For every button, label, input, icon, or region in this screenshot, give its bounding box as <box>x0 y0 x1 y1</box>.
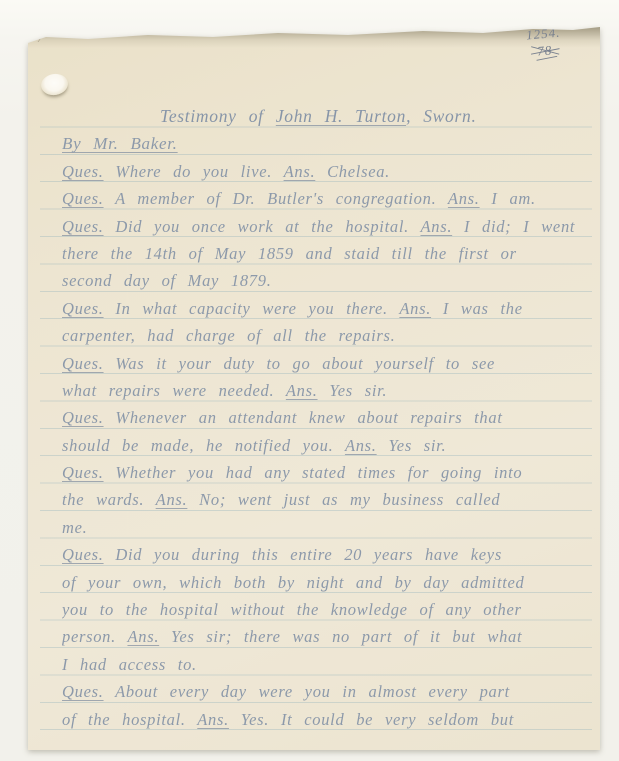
handwritten-text-block: Testimony of John H. Turton, Sworn. By M… <box>62 103 594 733</box>
handwritten-line: should be made, he notified you. Ans. Ye… <box>62 432 594 459</box>
handwritten-line: Ques. Was it your duty to go about yours… <box>62 350 594 377</box>
handwritten-line: of the hospital. Ans. Yes. It could be v… <box>62 706 594 733</box>
document-scan: 7 1254. 78 Testimony of John H. Turton, … <box>0 0 619 761</box>
folio-number: 1254. <box>513 24 574 45</box>
title-prefix: Testimony of <box>160 106 276 126</box>
handwritten-line: me. <box>62 514 594 541</box>
handwritten-line: you to the hospital without the knowledg… <box>62 596 594 623</box>
handwritten-line: Ques. In what capacity were you there. A… <box>62 295 594 322</box>
handwritten-line: of your own, which both by night and by … <box>62 569 594 596</box>
handwritten-line: what repairs were needed. Ans. Yes sir. <box>62 377 594 404</box>
handwritten-line: Ques. A member of Dr. Butler's congregat… <box>62 185 594 212</box>
handwritten-line: person. Ans. Yes sir; there was no part … <box>62 623 594 650</box>
cancelled-folio-number: 78 <box>533 42 557 60</box>
document-title: Testimony of John H. Turton, Sworn. <box>62 103 594 130</box>
byline: By Mr. Baker. <box>62 130 594 157</box>
handwritten-line: Ques. Where do you live. Ans. Chelsea. <box>62 158 594 185</box>
handwritten-line: Ques. About every day were you in almost… <box>62 678 594 705</box>
handwritten-line: Ques. Did you once work at the hospital.… <box>62 213 594 240</box>
page-corner-mark: 7 <box>37 33 43 45</box>
handwritten-line: Ques. Whether you had any stated times f… <box>62 459 594 486</box>
handwritten-line: I had access to. <box>62 651 594 678</box>
paper-wrapper: 7 1254. 78 Testimony of John H. Turton, … <box>28 24 600 750</box>
document-page: 7 1254. 78 Testimony of John H. Turton, … <box>28 24 600 750</box>
handwritten-line: Ques. Did you during this entire 20 year… <box>62 541 594 568</box>
handwritten-line: Ques. Whenever an attendant knew about r… <box>62 404 594 431</box>
handwritten-line: second day of May 1879. <box>62 267 594 294</box>
paper-hole <box>40 72 70 97</box>
handwritten-line: the wards. Ans. No; went just as my busi… <box>62 486 594 513</box>
title-suffix: , Sworn. <box>406 106 476 126</box>
byline-text: By Mr. Baker. <box>62 134 178 153</box>
title-witness-name: John H. Turton <box>276 106 406 126</box>
handwritten-line: carpenter, had charge of all the repairs… <box>62 322 594 349</box>
folio-block: 1254. 78 <box>513 24 576 62</box>
handwritten-line: there the 14th of May 1859 and staid til… <box>62 240 594 267</box>
